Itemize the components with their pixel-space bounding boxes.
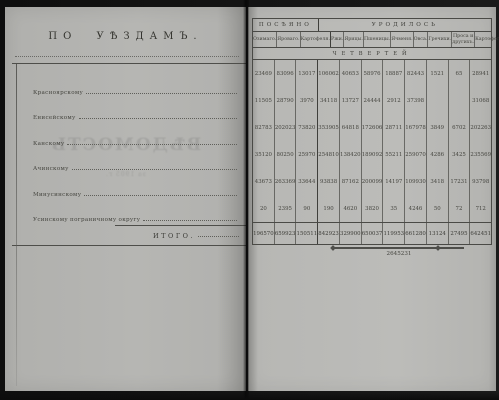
data-cell: 80250 <box>275 141 297 168</box>
dotted-leader <box>67 144 237 145</box>
data-cell: 202263 <box>470 114 491 141</box>
data-cell: 259070 <box>405 141 427 168</box>
grand-total-bracket <box>334 247 464 249</box>
data-cell: 82443 <box>405 60 427 87</box>
district-row: Красноярскому <box>33 71 239 97</box>
data-cell: 50 <box>427 195 449 222</box>
data-cell: 24444 <box>362 87 384 114</box>
data-cell: 167978 <box>405 114 427 141</box>
column-header-row: Озимаго.Яроваго.Картофеля.Ржи.Ярицы.Пшен… <box>253 32 491 48</box>
data-cell: 13727 <box>340 87 362 114</box>
data-cell: 254810 <box>318 141 340 168</box>
grand-total-value: 2645231 <box>334 251 464 257</box>
totals-cell: 661280 <box>405 223 427 244</box>
data-cell: 263369 <box>275 168 297 195</box>
data-cell: 353905 <box>318 114 340 141</box>
data-cell: 106062 <box>318 60 340 87</box>
dotted-leader <box>84 195 237 196</box>
district-label: Ачинскому <box>33 166 69 173</box>
column-header-cell: Проса и другихъ. <box>452 32 475 47</box>
data-cell: 55211 <box>383 141 405 168</box>
district-row: Канскому <box>33 122 239 148</box>
data-cell: 11505 <box>253 87 275 114</box>
data-cell: 189092 <box>362 141 384 168</box>
district-label: Канскому <box>33 141 64 148</box>
column-header-cell: Ячменя. <box>391 32 413 47</box>
data-cell: 3970 <box>296 87 318 114</box>
totals-cell: 150511 <box>296 223 318 244</box>
table-row: 8278320202373820353905648181726062871116… <box>253 114 491 141</box>
left-bottom-rule <box>12 245 246 246</box>
totals-cell: 13124 <box>427 223 449 244</box>
data-cell: 33644 <box>296 168 318 195</box>
data-cell: 28941 <box>470 60 491 87</box>
data-cell: 1521 <box>427 60 449 87</box>
column-header-cell: Овса. <box>414 32 429 47</box>
table-row: 1150528790397034118137272444429123739831… <box>253 87 491 114</box>
data-cell: 28711 <box>383 114 405 141</box>
itogo-rule <box>115 225 246 226</box>
totals-cell: 27495 <box>449 223 471 244</box>
data-cell: 2395 <box>275 195 297 222</box>
totals-cell: 642451 <box>470 223 491 244</box>
district-list: КрасноярскомуЕнисейскомуКанскомуАчинском… <box>33 71 239 224</box>
data-cell: 4620 <box>340 195 362 222</box>
data-cell: 23469 <box>253 60 275 87</box>
column-header-cell: Картофеля. <box>301 32 331 47</box>
data-cell: 200099 <box>362 168 384 195</box>
data-cell: 172606 <box>362 114 384 141</box>
column-header-cell: Картофеля. <box>475 32 499 47</box>
data-cell: 3820 <box>362 195 384 222</box>
data-cell: 58976 <box>362 60 384 87</box>
totals-row: 1965706599231505118429233299006500371199… <box>253 222 491 244</box>
grain-table: ПОСѢЯНОУРОДИЛОСЬ Озимаго.Яроваго.Картофе… <box>252 18 492 245</box>
data-cell: 190 <box>318 195 340 222</box>
data-cell: 2912 <box>383 87 405 114</box>
district-row: Ачинскому <box>33 148 239 174</box>
group-header-cell: ПОСѢЯНО <box>253 19 319 31</box>
data-cell: 138420 <box>340 141 362 168</box>
district-row: Минусинскому <box>33 173 239 199</box>
data-cell <box>449 87 471 114</box>
data-cell: 4286 <box>427 141 449 168</box>
totals-cell: 659923 <box>275 223 297 244</box>
data-cell: 3849 <box>427 114 449 141</box>
data-cell: 20 <box>253 195 275 222</box>
totals-cell: 196570 <box>253 223 275 244</box>
itogo-label: ИТОГО. <box>153 232 195 240</box>
data-cell: 64818 <box>340 114 362 141</box>
data-cell: 3425 <box>449 141 471 168</box>
column-header-cell: Ржи. <box>331 32 344 47</box>
column-header-cell: Озимаго. <box>253 32 277 47</box>
column-header-cell: Ярицы. <box>344 32 364 47</box>
data-cell: 72 <box>449 195 471 222</box>
scan-bottom-shadow <box>0 392 499 400</box>
totals-cell: 119953 <box>383 223 405 244</box>
data-cell: 14197 <box>383 168 405 195</box>
district-label: Усинскому пограничному округу <box>33 217 140 224</box>
data-cell: 82783 <box>253 114 275 141</box>
data-cell: 17231 <box>449 168 471 195</box>
data-cell: 65 <box>449 60 471 87</box>
data-cell: 87162 <box>340 168 362 195</box>
table-body: 2346983096130171060624065358976188878244… <box>253 60 491 222</box>
data-cell: 31068 <box>470 87 491 114</box>
data-cell: 109930 <box>405 168 427 195</box>
title-dotted-rule <box>15 56 239 57</box>
totals-cell: 842923 <box>318 223 340 244</box>
data-cell: 202023 <box>275 114 297 141</box>
district-row: Усинскому пограничному округу <box>33 199 239 225</box>
data-cell: 35 <box>383 195 405 222</box>
data-cell: 3418 <box>427 168 449 195</box>
dotted-leader <box>72 169 237 170</box>
data-cell: 6702 <box>449 114 471 141</box>
totals-cell: 650037 <box>362 223 384 244</box>
page-crease <box>16 64 17 386</box>
district-label: Красноярскому <box>33 90 83 97</box>
district-label: Минусинскому <box>33 192 81 199</box>
page-title: ПО УѢЗДАМЪ. <box>5 31 246 42</box>
units-band: ЧЕТВЕРТЕЙ <box>253 48 491 60</box>
column-header-cell: Яроваго. <box>277 32 300 47</box>
data-cell: 35120 <box>253 141 275 168</box>
data-cell: 4246 <box>405 195 427 222</box>
data-cell: 235569 <box>470 141 491 168</box>
data-cell <box>427 87 449 114</box>
right-page: ПОСѢЯНОУРОДИЛОСЬ Озимаго.Яроваго.Картофе… <box>248 7 496 391</box>
dotted-leader <box>79 118 237 119</box>
data-cell: 13017 <box>296 60 318 87</box>
group-header-row: ПОСѢЯНОУРОДИЛОСЬ <box>253 19 491 32</box>
data-cell: 34118 <box>318 87 340 114</box>
table-row: 2346983096130171060624065358976188878244… <box>253 60 491 87</box>
data-cell: 25970 <box>296 141 318 168</box>
data-cell: 37398 <box>405 87 427 114</box>
left-page: ПО УѢЗДАМЪ. ВѢДОМОСТЬ за 1905 г. Красноя… <box>5 7 246 391</box>
table-row: 4367326336933644938388716220009914197109… <box>253 168 491 195</box>
data-cell: 93838 <box>318 168 340 195</box>
data-cell: 90 <box>296 195 318 222</box>
totals-cell: 329900 <box>340 223 362 244</box>
data-cell: 28790 <box>275 87 297 114</box>
book-fold-shadow <box>243 0 249 400</box>
district-label: Енисейскому <box>33 115 76 122</box>
data-cell: 40653 <box>340 60 362 87</box>
dotted-leader <box>86 93 237 94</box>
scanned-book-spread: ПО УѢЗДАМЪ. ВѢДОМОСТЬ за 1905 г. Красноя… <box>0 0 499 400</box>
dotted-leader <box>143 220 237 221</box>
data-cell: 712 <box>470 195 491 222</box>
data-cell: 18887 <box>383 60 405 87</box>
data-cell: 43673 <box>253 168 275 195</box>
data-cell: 83096 <box>275 60 297 87</box>
itogo-leader <box>198 236 239 237</box>
column-header-cell: Пшеницы. <box>364 32 391 47</box>
table-row: 3512080250259702548101384201890925521125… <box>253 141 491 168</box>
table-row: 20239590190462038203542465072712 <box>253 195 491 222</box>
group-header-cell: УРОДИЛОСЬ <box>319 19 491 31</box>
itogo-row: ИТОГО. <box>153 232 241 240</box>
header-rule <box>12 63 246 64</box>
column-header-cell: Гречихи. <box>428 32 452 47</box>
data-cell: 93798 <box>470 168 491 195</box>
district-row: Енисейскому <box>33 97 239 123</box>
data-cell: 73820 <box>296 114 318 141</box>
